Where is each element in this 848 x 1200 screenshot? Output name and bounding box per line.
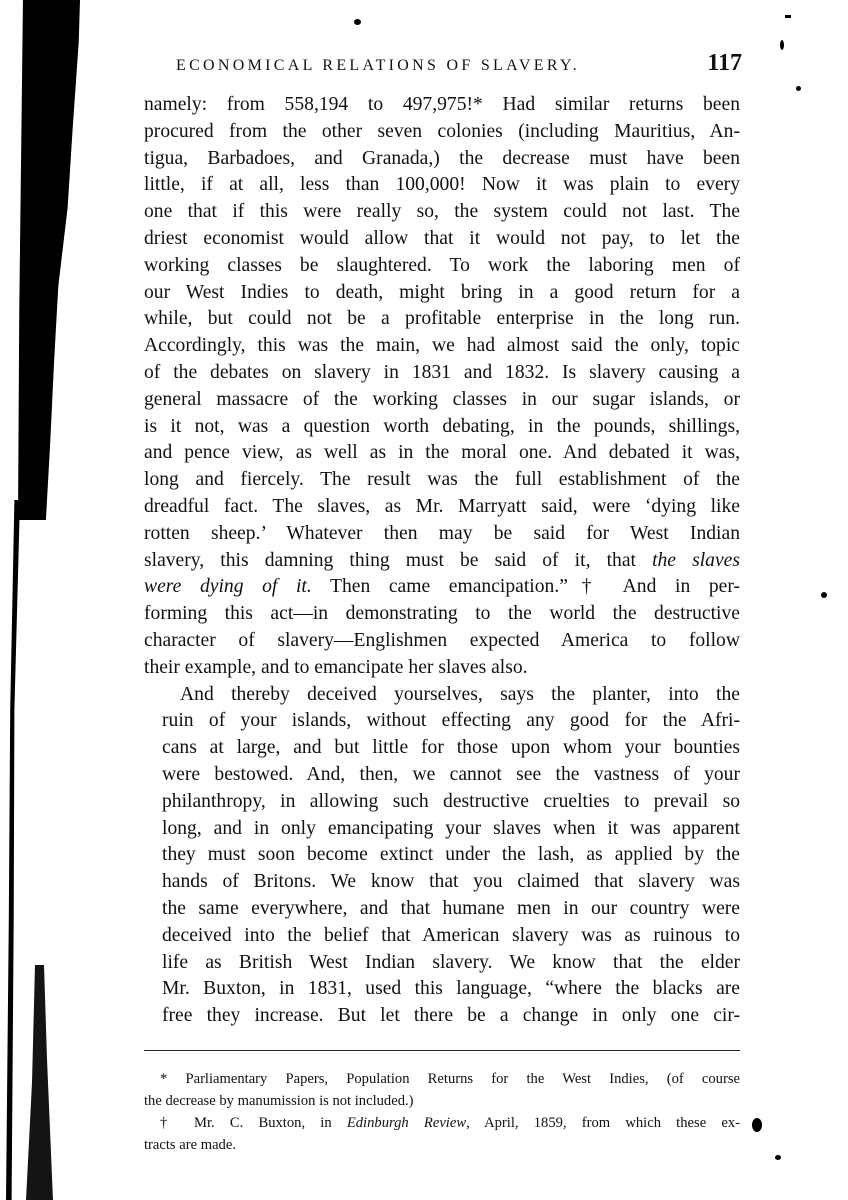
text-line: cans at large, and but little for those … [144,735,740,762]
text-line: of the debates on slavery in 1831 and 18… [144,360,740,387]
ink-speck [796,86,801,91]
text-run: slavery, this damning thing must be said… [144,550,652,571]
italic-emphasis: the slaves [652,550,740,571]
text-line: rotten sheep.’ Whatever then may be said… [144,521,740,548]
journal-title: Edinburgh Review [347,1115,466,1131]
text-line: Accordingly, this was the main, we had a… [144,333,740,360]
text-line: dreadful fact. The slaves, as Mr. Marrya… [144,494,740,521]
text-line: slavery, this damning thing must be said… [144,548,740,575]
text-line: And thereby deceived yourselves, says th… [144,682,740,709]
text-line: hands of Britons. We know that you claim… [144,869,740,896]
footnote-divider [144,1050,740,1052]
paragraph-1: namely: from 558,194 to 497,975!* Had si… [144,92,740,682]
footnote-1-line-1: * Parliamentary Papers, Population Retur… [144,1068,740,1090]
text-run: Then came emancipation.”† And in per- [312,576,740,597]
text-line: long, and in only emancipating your slav… [144,816,740,843]
text-line: the same everywhere, and that humane men… [144,896,740,923]
paragraph-2: And thereby deceived yourselves, says th… [144,682,740,1030]
text-line: little, if at all, less than 100,000! No… [144,172,740,199]
text-line: ruin of your islands, without effecting … [144,708,740,735]
ink-speck [780,40,784,50]
text-line: and pence view, as well as in the moral … [144,440,740,467]
text-line: they must soon become extinct under the … [144,842,740,869]
text-line: is it not, was a question worth debating… [144,414,740,441]
text-run: † Mr. C. Buxton, in [160,1115,347,1131]
text-line: tigua, Barbadoes, and Granada,) the decr… [144,146,740,173]
running-title: ECONOMICAL RELATIONS OF SLAVERY. [176,57,580,75]
text-line: free they increase. But let there be a c… [144,1003,740,1030]
text-line: forming this act—in demonstrating to the… [144,601,740,628]
ink-speck [354,19,361,25]
text-line: while, but could not be a profitable ent… [144,306,740,333]
text-line: Mr. Buxton, in 1831, used this language,… [144,976,740,1003]
binding-shadow-bottom [26,965,56,1200]
text-line: life as British West Indian slavery. We … [144,950,740,977]
text-line: procured from the other seven colonies (… [144,119,740,146]
text-line: working classes be slaughtered. To work … [144,253,740,280]
footnote-2-line-1: † Mr. C. Buxton, in Edinburgh Review, Ap… [144,1112,740,1134]
text-line: were dying of it. Then came emancipation… [144,574,740,601]
text-line: deceived into the belief that American s… [144,923,740,950]
page-number: 117 [707,50,742,77]
text-line: philanthropy, in allowing such destructi… [144,789,740,816]
italic-emphasis: were dying of it. [144,576,312,597]
text-line: character of slavery—Englishmen expected… [144,628,740,655]
ink-speck [785,15,791,18]
text-line: namely: from 558,194 to 497,975!* Had si… [144,92,740,119]
footnote-1-line-2: the decrease by manumission is not inclu… [144,1090,740,1112]
text-line: driest economist would allow that it wou… [144,226,740,253]
footnotes: * Parliamentary Papers, Population Retur… [144,1068,740,1156]
text-run: , April, 1859, from which these ex- [466,1115,740,1131]
ink-speck [821,592,827,598]
footnote-2-line-2: tracts are made. [144,1134,740,1156]
text-line: one that if this were really so, the sys… [144,199,740,226]
binding-shadow-top [18,0,80,520]
text-line: general massacre of the working classes … [144,387,740,414]
text-line: were bestowed. And, then, we cannot see … [144,762,740,789]
ink-speck [752,1118,762,1132]
binding-edge-line [6,500,20,1200]
text-line: our West Indies to death, might bring in… [144,280,740,307]
ink-speck [775,1155,781,1160]
running-header: ECONOMICAL RELATIONS OF SLAVERY. 117 [176,50,742,77]
text-line: their example, and to emancipate her sla… [144,655,740,682]
body-text: namely: from 558,194 to 497,975!* Had si… [144,92,740,1030]
text-line: long and fiercely. The result was the fu… [144,467,740,494]
